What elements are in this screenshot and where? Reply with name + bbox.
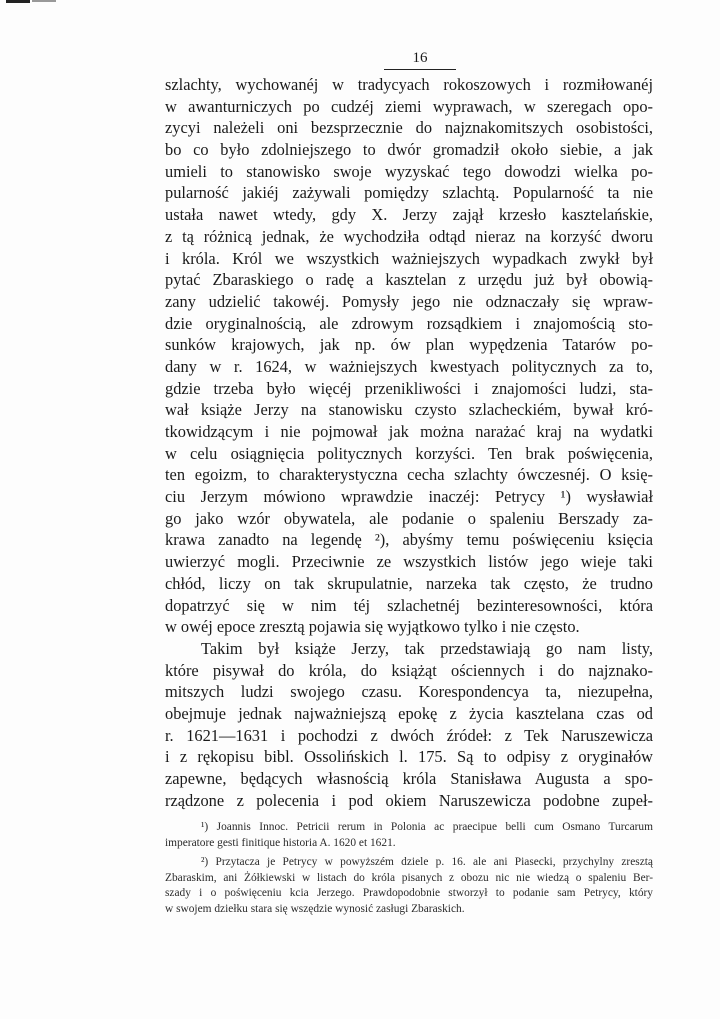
text-line: i króla. Król we wszystkich ważniejszych… (165, 248, 653, 270)
text-line: r. 1621—1631 i pochodzi z dwóch źródeł: … (165, 725, 653, 747)
text-line: pytać Zbaraskiego o radę a kasztelan z u… (165, 269, 653, 291)
text-line: wał książe Jerzy na stanowisku czysto sz… (165, 399, 653, 421)
text-line: szlachty, wychowanéj w tradycyach rokosz… (165, 74, 653, 96)
text-line: dany w r. 1624, w ważniejszych kwestyach… (165, 356, 653, 378)
text-line: w celu osiągnięcia politycznych korzyści… (165, 443, 653, 465)
body-text: szlachty, wychowanéj w tradycyach rokosz… (165, 74, 653, 811)
text-line: obejmuje jednak najważniejszą epokę z ży… (165, 703, 653, 725)
text-line: pularność jakiéj zażywali pomiędzy szlac… (165, 182, 653, 204)
footnote-line: ¹) Joannis Innoc. Petricii rerum in Polo… (165, 820, 653, 836)
text-line: dzie oryginalnością, ale zdrowym rozsądk… (165, 313, 653, 335)
footnote-line: imperatore gesti finitique historia A. 1… (165, 836, 653, 852)
footnote-1: ¹) Joannis Innoc. Petricii rerum in Polo… (165, 820, 653, 851)
footnote-line: w swojem dziełku stara się wszędzie wyno… (165, 902, 653, 918)
scan-artifact (32, 0, 56, 2)
text-line: uwierzyć mogli. Przeciwnie ze wszystkich… (165, 551, 653, 573)
footnote-2: ²) Przytacza je Petrycy w powyższém dzie… (165, 855, 653, 917)
text-line: z tą różnicą jednak, że wychodziła odtąd… (165, 226, 653, 248)
footnote-line: ²) Przytacza je Petrycy w powyższém dzie… (165, 855, 653, 871)
text-line: krawa zanadto na legendę ²), abyśmy temu… (165, 529, 653, 551)
footnotes: ¹) Joannis Innoc. Petricii rerum in Polo… (165, 820, 653, 917)
text-line: go jako wzór obywatela, ale podanie o sp… (165, 508, 653, 530)
text-line: gdzie trzeba było więcéj przenikliwości … (165, 378, 653, 400)
text-line: zycyi należeli oni bezsprzecznie do najz… (165, 117, 653, 139)
scan-artifact (6, 0, 30, 3)
text-line: w awanturniczych po cudzéj ziemi wyprawa… (165, 96, 653, 118)
text-line: i z rękopisu bibl. Ossolińskich l. 175. … (165, 746, 653, 768)
text-line: w owéj epoce zresztą pojawia się wyjątko… (165, 616, 653, 638)
text-line: zany udzielić takowéj. Pomysły jego nie … (165, 291, 653, 313)
text-line: które pisywał do króla, do książąt oście… (165, 660, 653, 682)
text-line: bo co było zdolniejszego to dwór gromadz… (165, 139, 653, 161)
text-line: tkowidzącym i nie pojmował jak można nar… (165, 421, 653, 443)
paragraph-start-line: Takim był książe Jerzy, tak przedstawiaj… (165, 638, 653, 660)
text-line: umieli to stanowisko swoje wyzyskać tego… (165, 161, 653, 183)
text-line: dopatrzyć się w nim téj szlachetnéj bezi… (165, 595, 653, 617)
text-line: mitszych ludzi swojego czasu. Koresponde… (165, 681, 653, 703)
page-number: 16 (384, 50, 456, 70)
text-line: zapewne, będących własnością króla Stani… (165, 768, 653, 790)
text-line: chłód, liczy on tak skrupulatnie, narzek… (165, 573, 653, 595)
text-line: sunków krajowych, jak np. ów plan wypędz… (165, 334, 653, 356)
text-line: rządzone z polecenia i pod okiem Narusze… (165, 790, 653, 812)
text-line: ustała nawet wtedy, gdy X. Jerzy zajął k… (165, 204, 653, 226)
text-line: ciu Jerzym mówiono wprawdzie inaczéj: Pe… (165, 486, 653, 508)
footnote-line: Zbaraskim, ani Żółkiewski w listach do k… (165, 871, 653, 887)
footnote-line: szady i o poświęceniu kcia Jerzego. Praw… (165, 886, 653, 902)
text-line: ten egoizm, to charakterystyczna cecha s… (165, 464, 653, 486)
